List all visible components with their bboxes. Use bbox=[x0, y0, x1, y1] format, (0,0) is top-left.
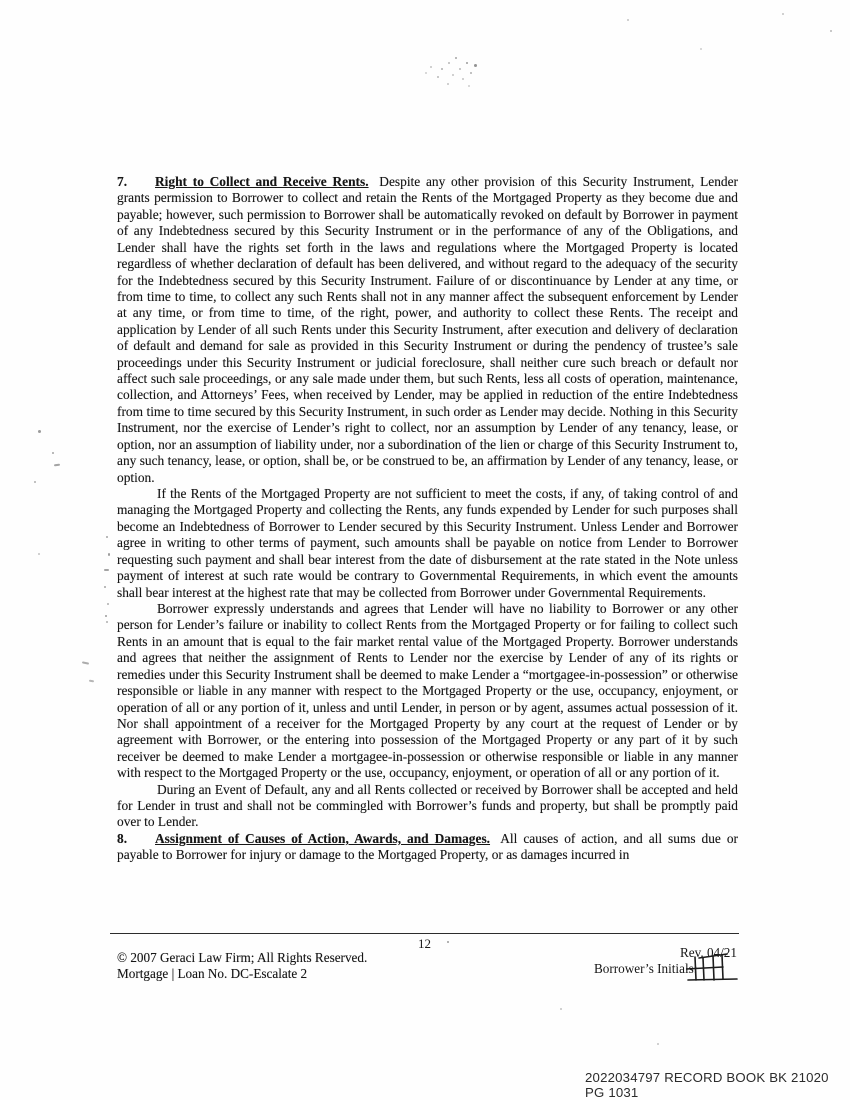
footer-copyright-block: © 2007 Geraci Law Firm; All Rights Reser… bbox=[117, 950, 367, 982]
section-8-heading: Assignment of Causes of Action, Awards, … bbox=[155, 831, 495, 846]
section-7-number: 7. bbox=[117, 174, 155, 190]
handwritten-initials bbox=[686, 949, 742, 985]
section-8: 8.Assignment of Causes of Action, Awards… bbox=[117, 831, 738, 864]
document-body: 7.Right to Collect and Receive Rents. De… bbox=[117, 174, 738, 864]
section-7-text: Despite any other provision of this Secu… bbox=[117, 174, 738, 485]
paragraph-lender-no-liability: Borrower expressly understands and agree… bbox=[117, 601, 738, 782]
loan-number-line: Mortgage | Loan No. DC-Escalate 2 bbox=[117, 966, 367, 982]
copyright-line: © 2007 Geraci Law Firm; All Rights Reser… bbox=[117, 950, 367, 966]
section-7-heading: Right to Collect and Receive Rents. bbox=[155, 174, 374, 189]
footer-rule bbox=[110, 933, 739, 934]
paragraph-rents-insufficient: If the Rents of the Mortgaged Property a… bbox=[117, 486, 738, 601]
paragraph-event-of-default: During an Event of Default, any and all … bbox=[117, 782, 738, 831]
section-8-number: 8. bbox=[117, 831, 155, 847]
record-stamp: 2022034797 RECORD BOOK BK 21020 PG 1031 bbox=[585, 1070, 850, 1100]
borrowers-initials-label: Borrower’s Initials: bbox=[594, 961, 697, 977]
section-7: 7.Right to Collect and Receive Rents. De… bbox=[117, 174, 738, 486]
document-page: 7.Right to Collect and Receive Rents. De… bbox=[0, 0, 850, 1100]
